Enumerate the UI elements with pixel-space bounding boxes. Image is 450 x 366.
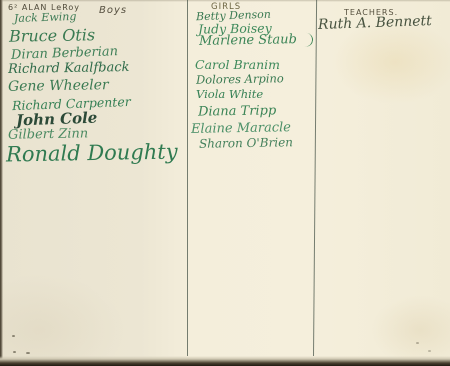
autograph-page: 6² ALAN LeRoy Boys Jack Ewing Bruce Otis… [0,0,450,366]
signature: Diana Tripp [198,103,277,119]
signature: Gene Wheeler [8,77,109,95]
scan-edge-left [0,0,3,366]
signature: Carol Branim [195,57,280,72]
signature: Jack Ewing [14,10,77,25]
signature: Sharon O'Brien [199,135,293,151]
pencil-speck [428,350,431,352]
signature: Bruce Otis [9,25,95,45]
pen-flourish [301,32,314,47]
signature: Viola White [196,87,263,101]
scan-edge-bottom [0,356,450,366]
signature: Marlene Staub [199,32,297,49]
pencil-speck [416,342,419,344]
signature: Ruth A. Bennett [318,13,432,33]
signature: Richard Kaalfback [8,60,130,77]
signature: Gilbert Zinn [8,126,88,142]
pencil-speck [12,335,15,337]
signature: Ronald Doughty [6,140,178,167]
column-divider-1 [187,0,188,356]
boys-column-header: Boys [99,5,127,16]
signature: Elaine Maracle [191,120,291,137]
pencil-speck [13,351,16,353]
column-divider-2 [313,0,317,356]
signature: Dolores Arpino [196,71,284,87]
pencil-speck [26,352,30,354]
